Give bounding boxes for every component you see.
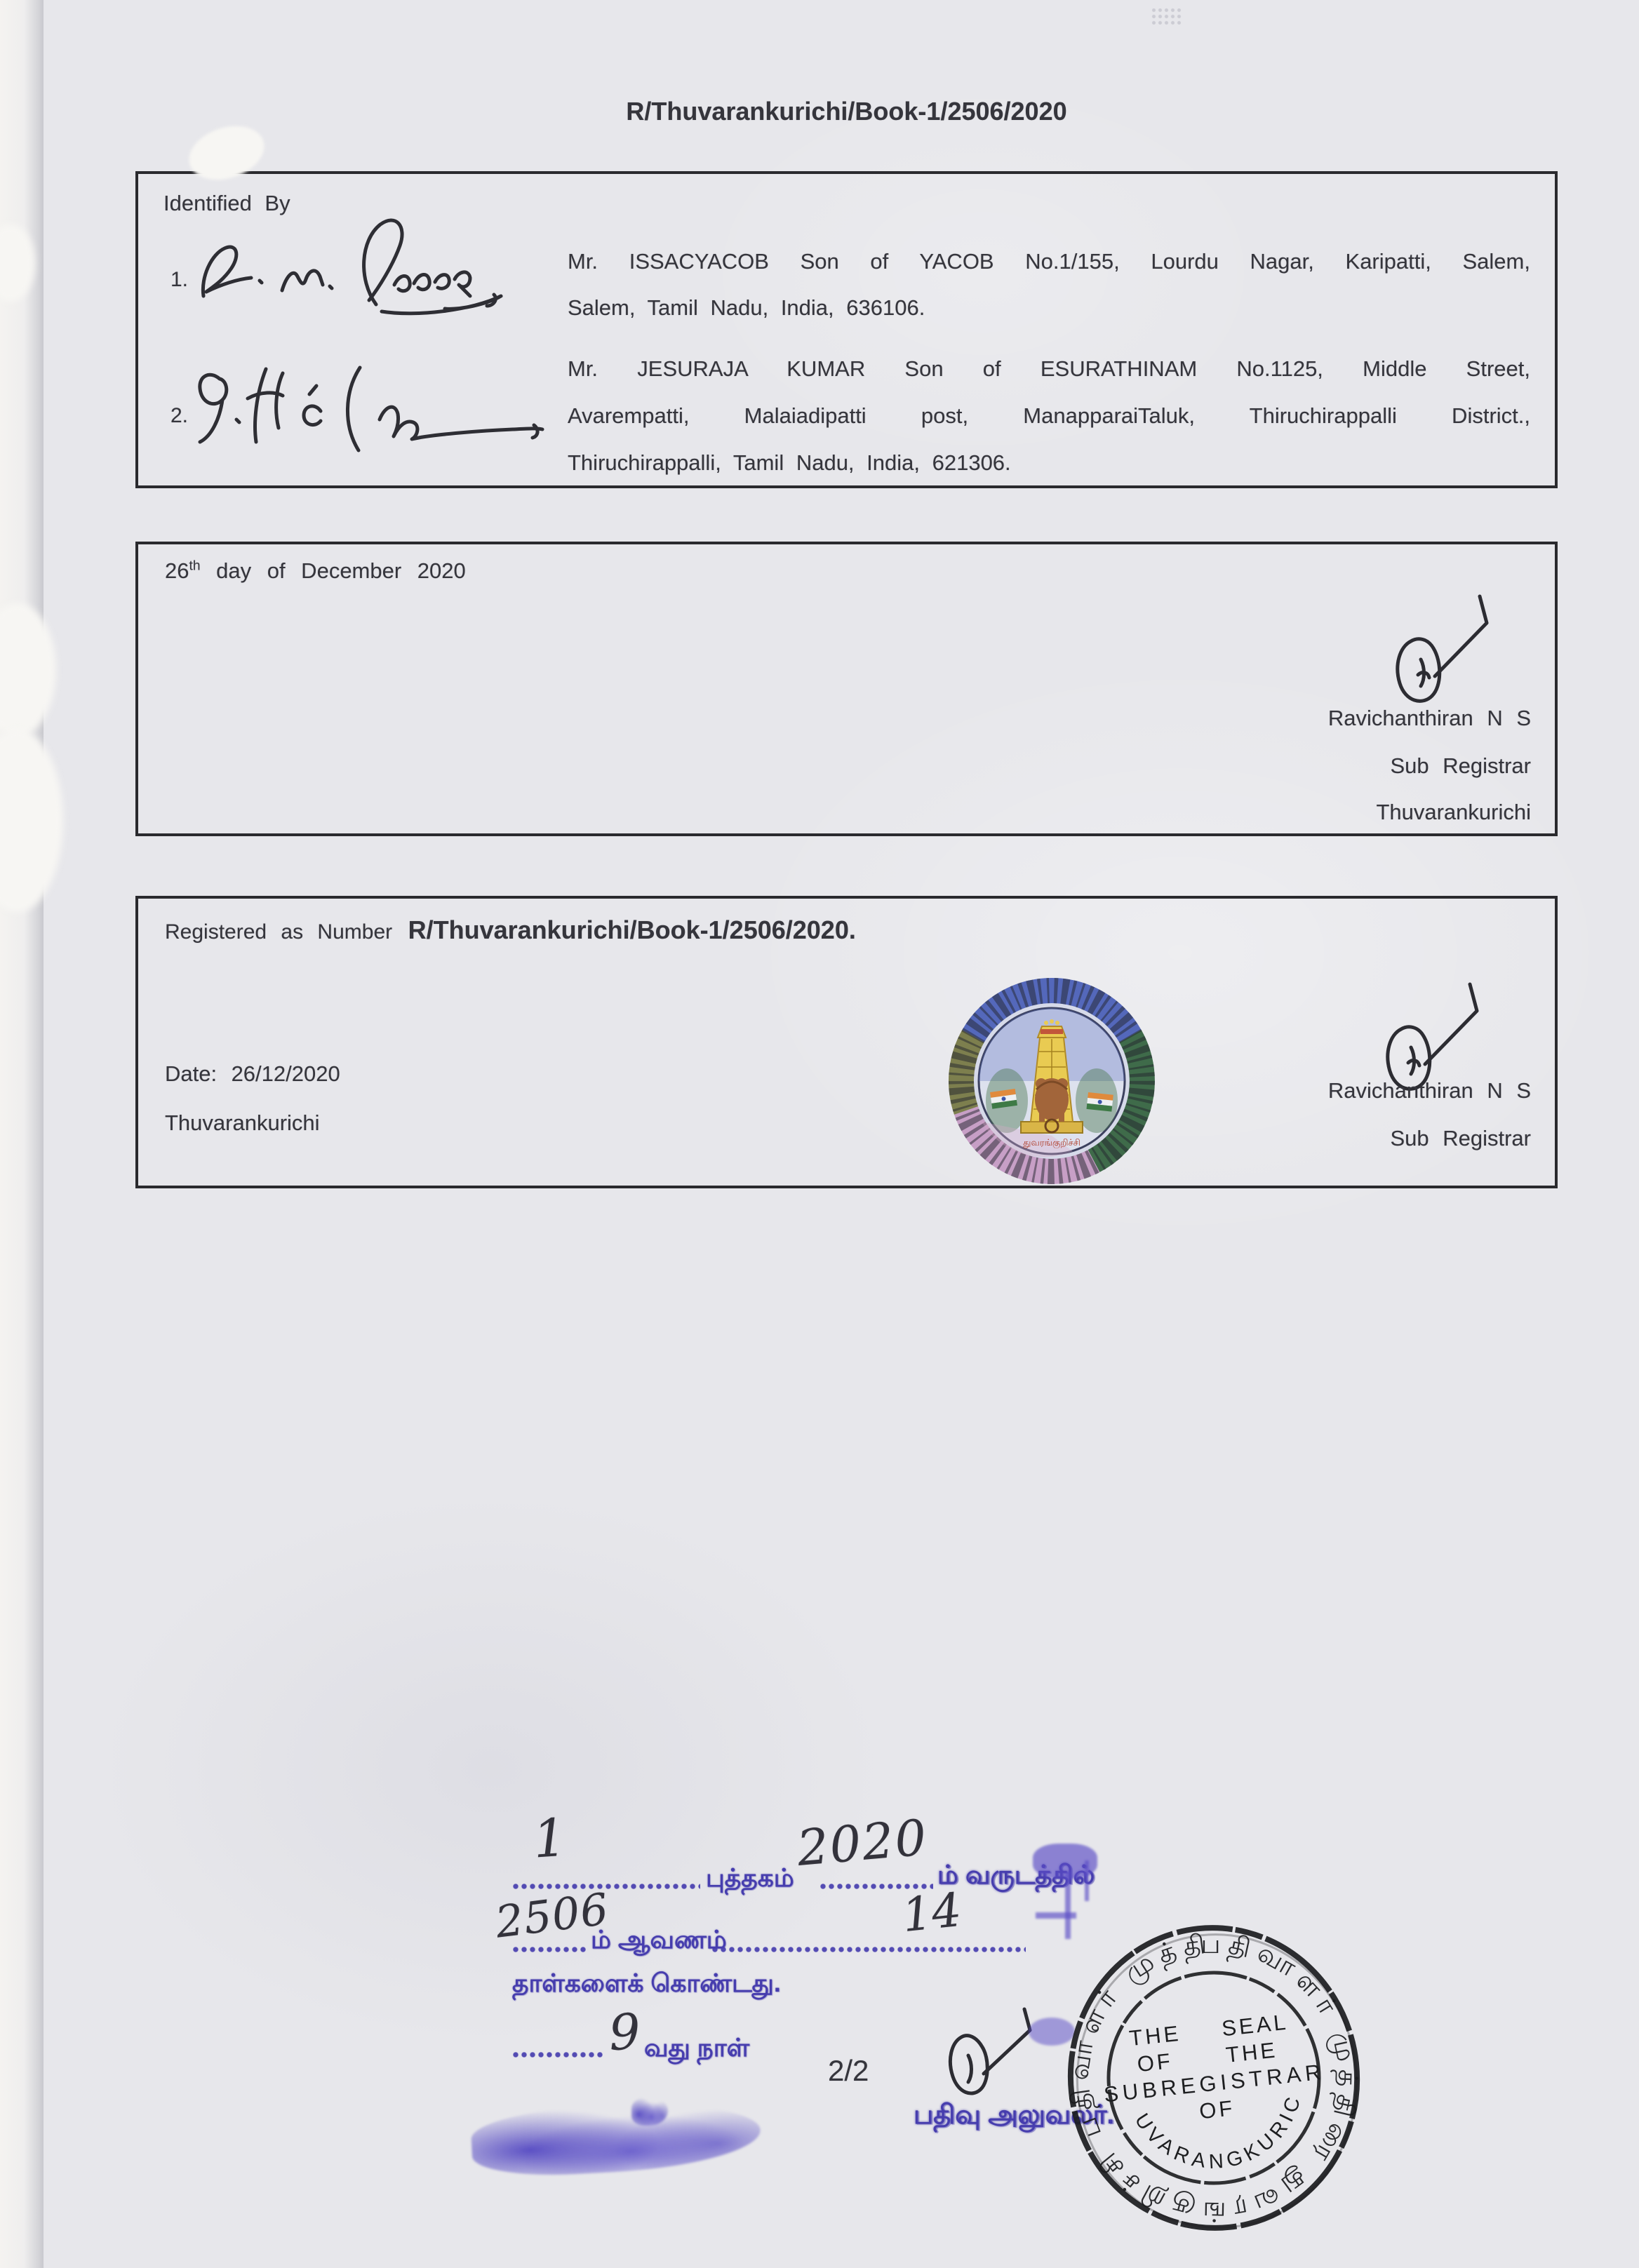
witness-1-line2: Salem, Tamil Nadu, India, 636106. [568, 285, 1530, 331]
registration-label: Registered as Number [165, 920, 392, 944]
execution-day-suffix: th [189, 559, 200, 574]
scanned-registration-document: R/Thuvarankurichi/Book-1/2506/2020 Ident… [0, 0, 1639, 2268]
registrar-signature [1367, 591, 1497, 720]
paper-defect [0, 603, 56, 737]
page-indicator: 2/2 [828, 2054, 869, 2088]
paper-defect [0, 730, 63, 912]
book-label: புத்தகம் [706, 1863, 794, 1896]
seal-line4: OF [1198, 2095, 1236, 2123]
registration-registrar-name: Ravichanthiran N S [1110, 1078, 1531, 1103]
dotted-line [711, 1945, 1026, 1954]
dotted-line [512, 1945, 587, 1954]
registrar-title: Sub Registrar [1110, 753, 1531, 779]
registration-date-line: Date: 26/12/2020 [165, 1061, 340, 1087]
witness-1-details: Mr. ISSACYACOB Son of YACOB No.1/155, Lo… [568, 239, 1530, 331]
witness-2-line2: Avarempatti, Malaiadipatti post, Manappa… [568, 392, 1530, 439]
registration-number-line: Registered as Number R/Thuvarankurichi/B… [165, 915, 856, 945]
witness-2-line1: Mr. JESURAJA KUMAR Son of ESURATHINAM No… [568, 345, 1530, 392]
flag-left [990, 1089, 1017, 1109]
ink-smear [1065, 1872, 1071, 1939]
sub-registrar-round-seal: பதிவாளர் முத்திரை துவரங்குறிச்சி பதிவாளர… [1048, 1906, 1379, 2250]
witness-1-line1: Mr. ISSACYACOB Son of YACOB No.1/155, Lo… [568, 239, 1530, 285]
ink-smear [1036, 1912, 1076, 1919]
ink-smear [1085, 1860, 1089, 1901]
registration-number: R/Thuvarankurichi/Book-1/2506/2020. [408, 915, 856, 944]
header-document-number: R/Thuvarankurichi/Book-1/2506/2020 [135, 97, 1558, 126]
paper-left-edge [0, 0, 44, 2268]
execution-box: 26th day of December 2020 Ravichanthiran… [135, 542, 1558, 836]
registration-box: Registered as Number R/Thuvarankurichi/B… [135, 896, 1558, 1188]
witness-2-details: Mr. JESURAJA KUMAR Son of ESURATHINAM No… [568, 345, 1530, 486]
registration-date-value: 26/12/2020 [232, 1061, 340, 1086]
book-number-handwritten: 1 [531, 1807, 568, 1870]
hologram-caption: துவரங்குறிச்சி [1023, 1137, 1081, 1148]
witness-2-line3: Thiruchirappalli, Tamil Nadu, India, 621… [568, 439, 1530, 486]
registration-date-label: Date: [165, 1061, 217, 1086]
year-handwritten: 2020 [795, 1809, 930, 1877]
ink-smudge [470, 2098, 762, 2179]
registration-place: Thuvarankurichi [165, 1110, 320, 1136]
identified-by-box: Identified By 1. Mr. ISSACYACOB Son of Y… [135, 171, 1558, 488]
execution-date-line: 26th day of December 2020 [165, 558, 466, 584]
execution-day: 26 [165, 558, 189, 583]
scan-artifact [1151, 7, 1183, 25]
execution-date-rest: day of December 2020 [216, 558, 466, 583]
witness-1-signature [191, 210, 542, 330]
registrar-place: Thuvarankurichi [1110, 800, 1531, 825]
day-number-handwritten: 9 [608, 2003, 642, 2062]
registrar-name: Ravichanthiran N S [1110, 706, 1531, 731]
sheets-label: தாள்களைக் கொண்டது. [512, 1968, 781, 2001]
registration-registrar-title: Sub Registrar [1110, 1126, 1531, 1151]
witness-2-signature [182, 351, 561, 474]
day-label: வது நாள் [644, 2033, 749, 2066]
witness-1-number: 1. [170, 268, 188, 292]
sheet-count-handwritten: 14 [899, 1883, 964, 1942]
dotted-line [512, 2050, 605, 2060]
